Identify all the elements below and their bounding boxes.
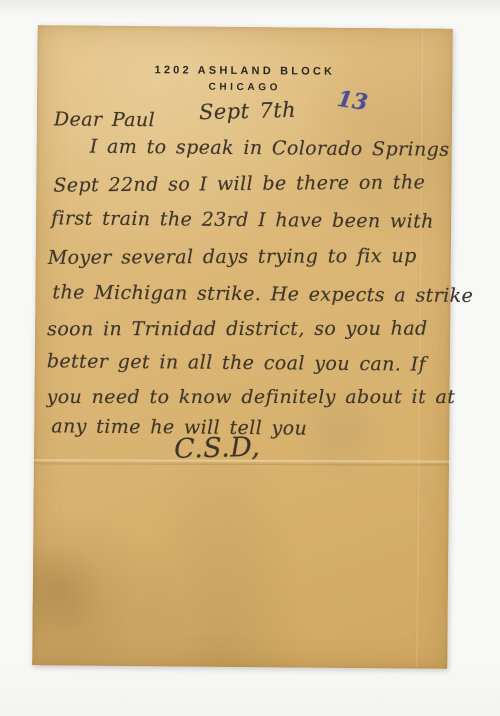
letterhead-city: CHICAGO: [37, 80, 452, 95]
body-line: Sept 22nd so I will be there on the: [53, 171, 425, 196]
letterhead: 1202 ASHLAND BLOCK CHICAGO: [37, 63, 452, 95]
vertical-crease: [415, 29, 424, 669]
date-line: Sept 7th: [199, 98, 297, 125]
salutation: Dear Paul: [54, 108, 155, 131]
body-line: better get in all the coal you can. If: [47, 350, 426, 375]
body-line: you need to know definitely about it at: [47, 386, 456, 408]
letterhead-address: 1202 ASHLAND BLOCK: [37, 63, 452, 79]
scan-background: 1202 ASHLAND BLOCK CHICAGO Dear Paul Sep…: [0, 0, 500, 716]
fold-crease: [34, 459, 449, 465]
body-line: soon in Trinidad district, so you had: [47, 318, 427, 341]
body-line: the Michigan strike. He expects a strike: [52, 281, 473, 307]
body-line: I am to speak in Colorado Springs: [90, 136, 450, 161]
letter-paper: 1202 ASHLAND BLOCK CHICAGO Dear Paul Sep…: [32, 25, 453, 669]
year-annotation: 13: [335, 86, 369, 116]
body-line: first train the 23rd I have been with: [51, 207, 434, 232]
body-line: Moyer several days trying to fix up: [48, 245, 417, 269]
